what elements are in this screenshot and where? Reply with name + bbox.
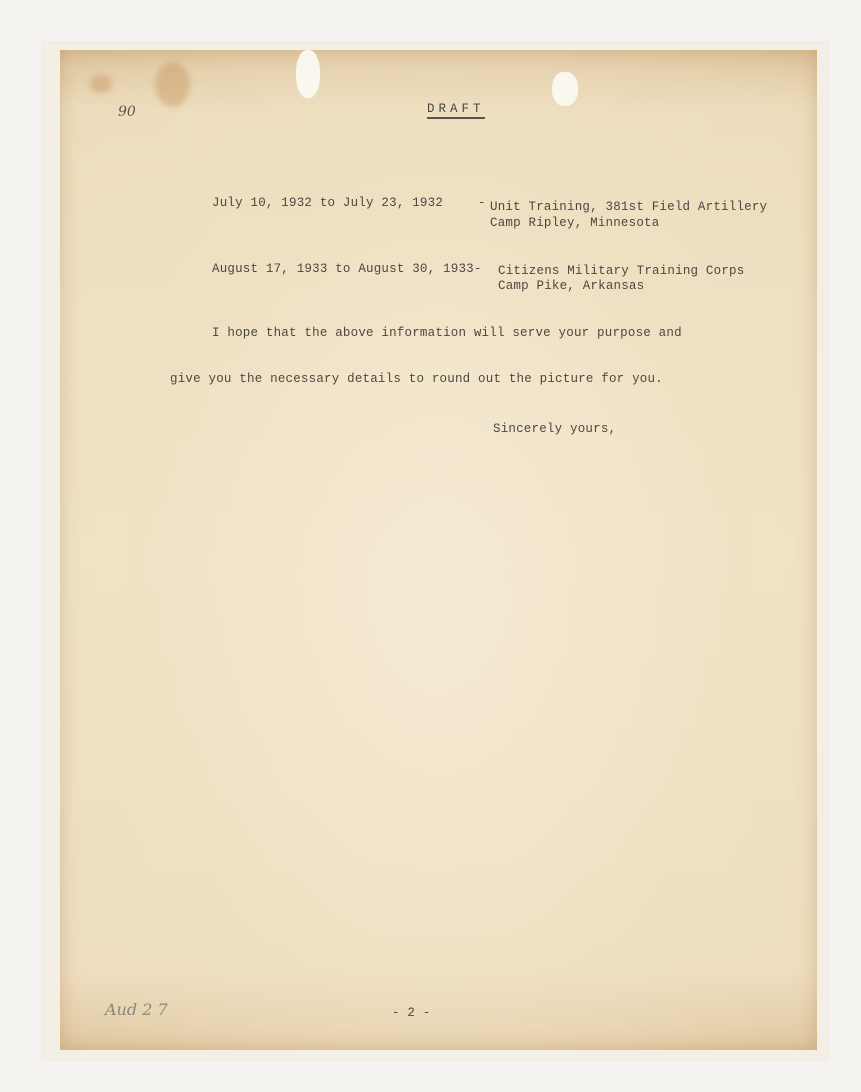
body-paragraph-line: I hope that the above information will s…: [212, 326, 682, 340]
closing: Sincerely yours,: [493, 422, 616, 436]
body-paragraph-line: give you the necessary details to round …: [170, 372, 663, 386]
stain: [155, 62, 190, 107]
paper-hole: [552, 72, 578, 106]
entry-location: Camp Pike, Arkansas: [498, 279, 644, 293]
draft-heading: DRAFT: [427, 102, 485, 119]
entry-dates: August 17, 1933 to August 30, 1933-: [212, 262, 482, 276]
entry-separator: -: [478, 196, 486, 210]
entry-location: Camp Ripley, Minnesota: [490, 216, 659, 230]
entry-title: Citizens Military Training Corps: [498, 264, 744, 278]
folio-number: 90: [118, 104, 136, 120]
stain: [90, 75, 112, 93]
document-page: 90 DRAFT July 10, 1932 to July 23, 1932 …: [60, 50, 817, 1050]
entry-dates: July 10, 1932 to July 23, 1932: [212, 196, 443, 210]
paper-hole: [296, 50, 320, 98]
page-number: - 2 -: [392, 1006, 431, 1020]
pencil-annotation: Aud 2 7: [105, 1000, 168, 1019]
entry-title: Unit Training, 381st Field Artillery: [490, 200, 767, 214]
